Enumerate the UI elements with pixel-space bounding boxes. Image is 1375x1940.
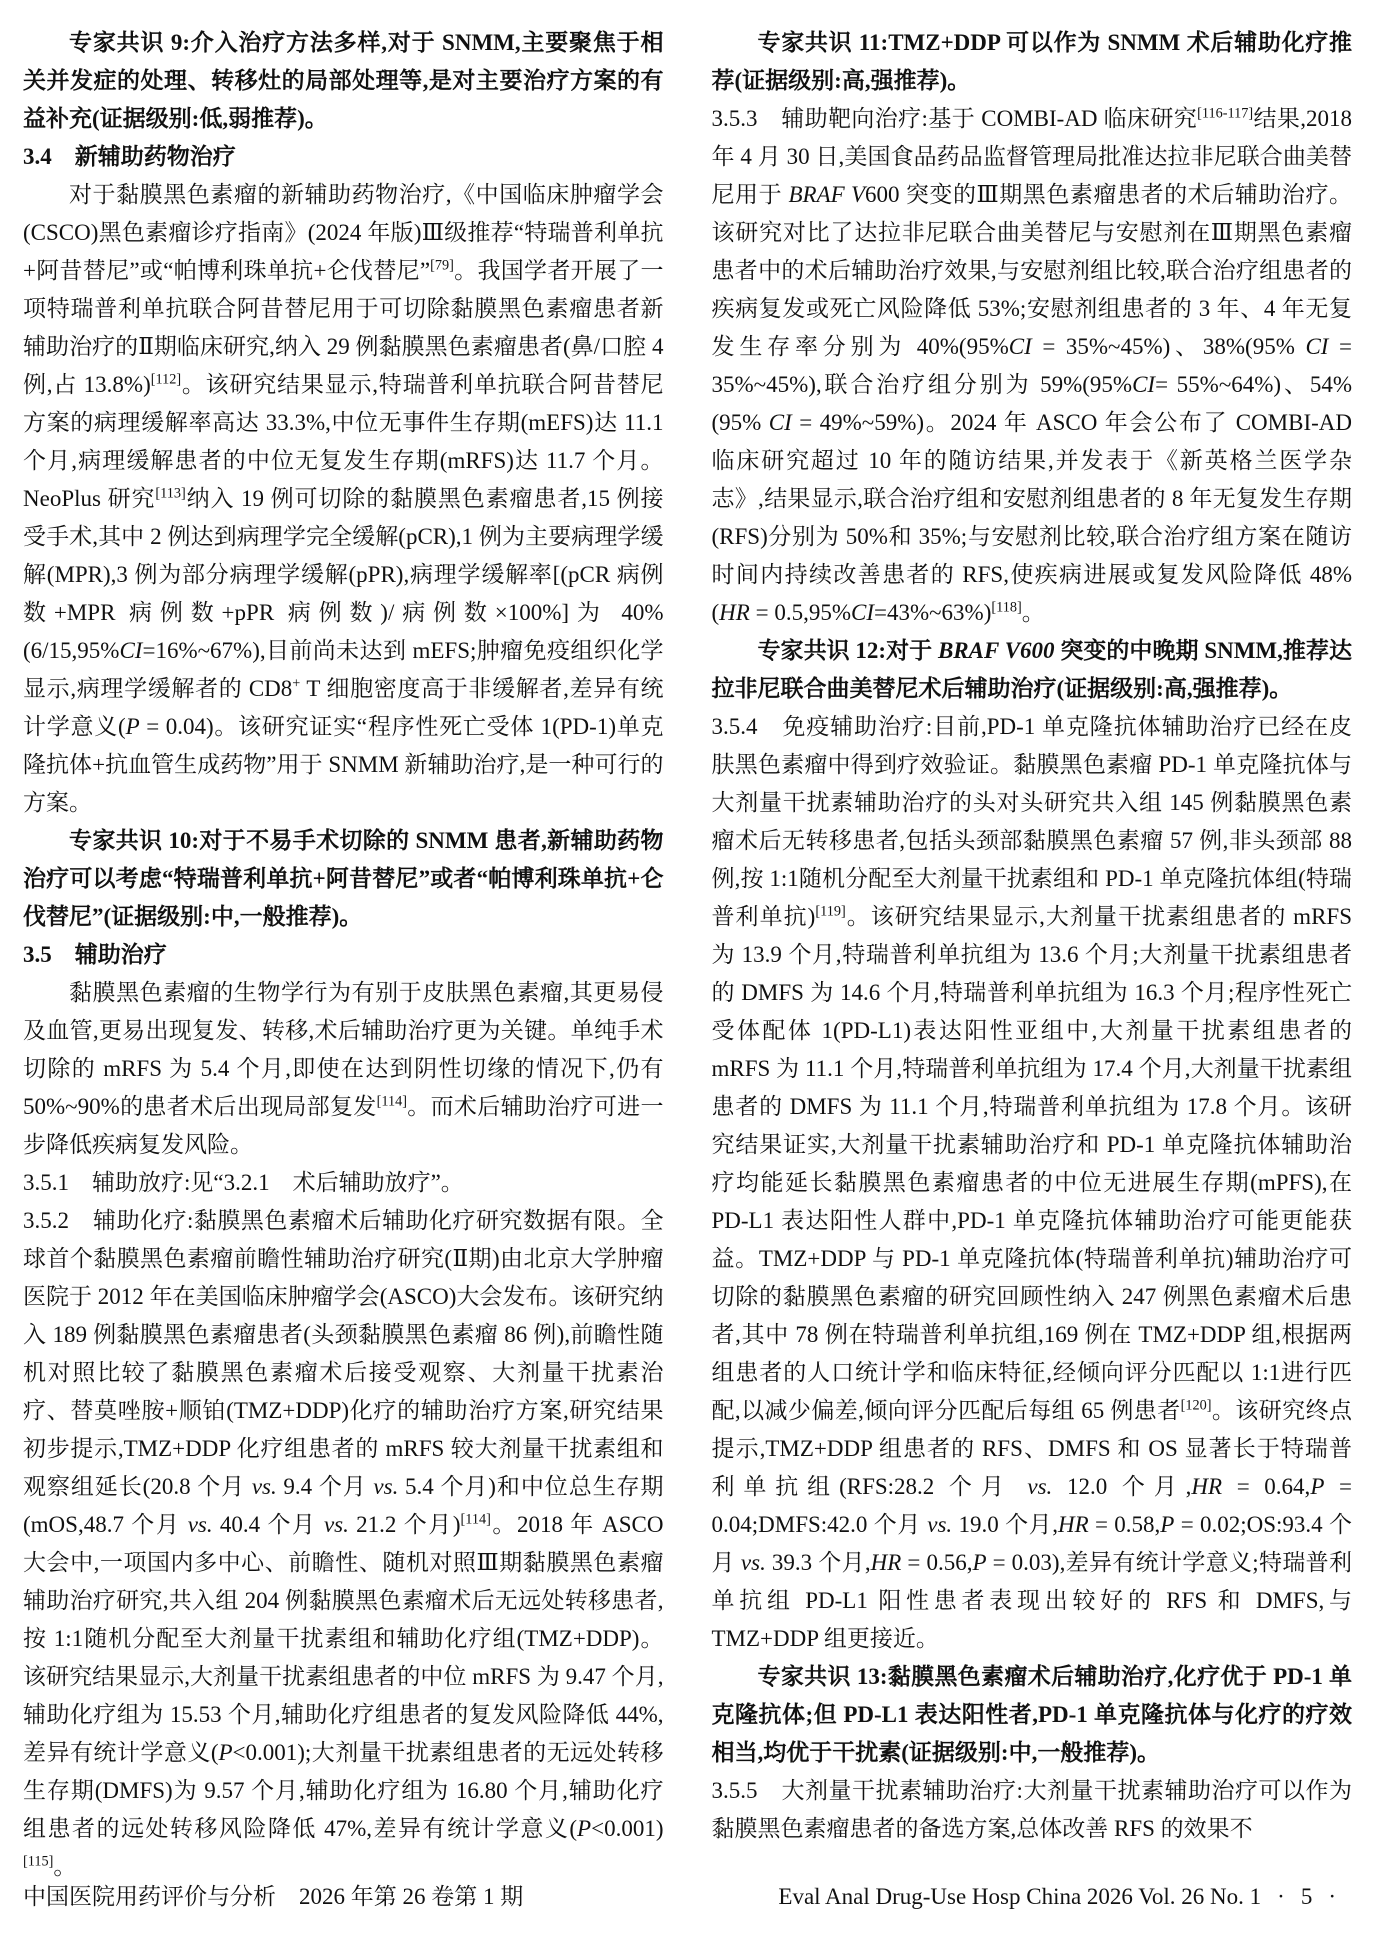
left-column: 专家共识 9:介入治疗方法多样,对于 SNMM,主要聚焦于相关并发症的处理、转移… xyxy=(23,24,664,1886)
text-run: 。2018 年 ASCO 大会中,一项国内多中心、前瞻性、随机对照Ⅲ期黏膜黑色素… xyxy=(23,1512,664,1765)
italic-term: vs. xyxy=(188,1512,213,1537)
reference-superscript: [116-117] xyxy=(1197,105,1253,121)
text-paragraph: 3.5.3 辅助靶向治疗:基于 COMBI-AD 临床研究[116-117]结果… xyxy=(712,100,1353,632)
italic-term: vs. xyxy=(1027,1474,1052,1499)
text-paragraph: 黏膜黑色素瘤的生物学行为有别于皮肤黑色素瘤,其更易侵及血管,更易出现复发、转移,… xyxy=(23,974,664,1164)
text-run: 3.4 新辅助药物治疗 xyxy=(23,144,236,169)
italic-term: CI xyxy=(119,638,142,663)
text-run: 12.0 个月, xyxy=(1052,1474,1191,1499)
italic-term: CI xyxy=(769,410,792,435)
reference-superscript: [113] xyxy=(155,485,185,501)
italic-term: CI xyxy=(851,600,874,625)
text-run: =43%~63%) xyxy=(874,600,991,625)
italic-term: P xyxy=(577,1816,591,1841)
section-heading: 3.4 新辅助药物治疗 xyxy=(23,138,664,176)
text-run: 专家共识 9:介入治疗方法多样,对于 SNMM,主要聚焦于相关并发症的处理、转移… xyxy=(23,30,664,131)
reference-superscript: [114] xyxy=(461,1511,491,1527)
text-run: <0.001) xyxy=(591,1816,663,1841)
consensus-paragraph: 专家共识 10:对于不易手术切除的 SNMM 患者,新辅助药物治疗可以考虑“特瑞… xyxy=(23,822,664,936)
consensus-paragraph: 专家共识 9:介入治疗方法多样,对于 SNMM,主要聚焦于相关并发症的处理、转移… xyxy=(23,24,664,138)
italic-term: P xyxy=(1310,1474,1324,1499)
text-run: = 49%~59%)。2024 年 ASCO 年会公布了 COMBI-AD 临床… xyxy=(712,410,1353,625)
italic-term: CI xyxy=(1305,334,1328,359)
section-heading: 3.5 辅助治疗 xyxy=(23,936,664,974)
reference-superscript: [119] xyxy=(815,903,845,919)
consensus-paragraph: 专家共识 12:对于 BRAF V600 突变的中晚期 SNMM,推荐达拉非尼联… xyxy=(712,632,1353,708)
footer-page-dot-right: · xyxy=(1328,1880,1336,1914)
reference-superscript: [112] xyxy=(151,371,181,387)
text-run: 专家共识 12:对于 xyxy=(758,638,938,663)
italic-term: CI xyxy=(1009,334,1032,359)
footer-page-dot-left: · xyxy=(1277,1880,1285,1914)
italic-term: P xyxy=(972,1550,986,1575)
text-paragraph: 3.5.2 辅助化疗:黏膜黑色素瘤术后辅助化疗研究数据有限。全球首个黏膜黑色素瘤… xyxy=(23,1202,664,1886)
text-run: 39.3 个月, xyxy=(766,1550,871,1575)
italic-term: HR xyxy=(719,600,750,625)
text-run: 3.5.1 辅助放疗:见“3.2.1 术后辅助放疗”。 xyxy=(23,1170,464,1195)
text-run: 21.2 个月) xyxy=(349,1512,461,1537)
page-body: 专家共识 9:介入治疗方法多样,对于 SNMM,主要聚焦于相关并发症的处理、转移… xyxy=(23,24,1352,1886)
text-run: 专家共识 13:黏膜黑色素瘤术后辅助治疗,化疗优于 PD-1 单克隆抗体;但 P… xyxy=(712,1664,1353,1765)
italic-term: HR xyxy=(871,1550,902,1575)
italic-term: P xyxy=(1160,1512,1174,1537)
italic-term: vs. xyxy=(741,1550,766,1575)
text-paragraph: 对于黏膜黑色素瘤的新辅助药物治疗,《中国临床肿瘤学会(CSCO)黑色素瘤诊疗指南… xyxy=(23,176,664,822)
italic-term: CI xyxy=(1132,372,1155,397)
reference-superscript: [114] xyxy=(377,1093,407,1109)
italic-term: vs. xyxy=(252,1474,277,1499)
text-run: 。 xyxy=(1022,600,1045,625)
italic-term: P xyxy=(218,1740,232,1765)
italic-term: vs. xyxy=(927,1512,952,1537)
right-column: 专家共识 11:TMZ+DDP 可以作为 SNMM 术后辅助化疗推荐(证据级别:… xyxy=(712,24,1353,1886)
italic-term: vs. xyxy=(373,1474,398,1499)
text-run: 3.5 辅助治疗 xyxy=(23,942,167,967)
text-run: = 35%~45%)、38%(95% xyxy=(1032,334,1306,359)
text-run: 3.5.4 免疫辅助治疗:目前,PD-1 单克隆抗体辅助治疗已经在皮肤黑色素瘤中… xyxy=(712,714,1353,929)
text-run: = 0.5,95% xyxy=(750,600,851,625)
text-run: 纳入 19 例可切除的黏膜黑色素瘤患者,15 例接受手术,其中 2 例达到病理学… xyxy=(23,486,664,663)
italic-term: BRAF V xyxy=(788,182,865,207)
text-run: 9.4 个月 xyxy=(277,1474,374,1499)
text-run: 。该研究结果显示,大剂量干扰素组患者的 mRFS 为 13.9 个月,特瑞普利单… xyxy=(712,904,1353,1423)
text-paragraph: 3.5.1 辅助放疗:见“3.2.1 术后辅助放疗”。 xyxy=(23,1164,664,1202)
consensus-paragraph: 专家共识 11:TMZ+DDP 可以作为 SNMM 术后辅助化疗推荐(证据级别:… xyxy=(712,24,1353,100)
italic-term: HR xyxy=(1058,1512,1089,1537)
reference-superscript: [79] xyxy=(430,257,454,273)
text-run: 3.5.2 辅助化疗:黏膜黑色素瘤术后辅助化疗研究数据有限。全球首个黏膜黑色素瘤… xyxy=(23,1208,664,1499)
page-footer: 中国医院用药评价与分析 2026 年第 26 卷第 1 期 Eval Anal … xyxy=(23,1880,1352,1914)
text-run: = 0.58, xyxy=(1089,1512,1161,1537)
text-paragraph: 3.5.5 大剂量干扰素辅助治疗:大剂量干扰素辅助治疗可以作为黏膜黑色素瘤患者的… xyxy=(712,1772,1353,1848)
reference-superscript: [118] xyxy=(991,599,1021,615)
text-run: = 0.64, xyxy=(1222,1474,1310,1499)
text-run: 专家共识 10:对于不易手术切除的 SNMM 患者,新辅助药物治疗可以考虑“特瑞… xyxy=(23,828,664,929)
footer-journal-title-cn: 中国医院用药评价与分析 2026 年第 26 卷第 1 期 xyxy=(23,1880,523,1914)
text-run: = 0.56, xyxy=(901,1550,972,1575)
text-run: 。 xyxy=(53,1854,76,1879)
text-paragraph: 3.5.4 免疫辅助治疗:目前,PD-1 单克隆抗体辅助治疗已经在皮肤黑色素瘤中… xyxy=(712,708,1353,1658)
text-run: 3.5.5 大剂量干扰素辅助治疗:大剂量干扰素辅助治疗可以作为黏膜黑色素瘤患者的… xyxy=(712,1778,1353,1841)
italic-term: vs. xyxy=(324,1512,349,1537)
reference-superscript: [120] xyxy=(1181,1397,1212,1413)
footer-page-number: 5 xyxy=(1301,1880,1313,1914)
footer-journal-citation: Eval Anal Drug-Use Hosp China 2026 Vol. … xyxy=(778,1884,1261,1909)
text-run: 40.4 个月 xyxy=(213,1512,324,1537)
text-run: 3.5.3 辅助靶向治疗:基于 COMBI-AD 临床研究 xyxy=(712,106,1198,131)
text-run: 专家共识 11:TMZ+DDP 可以作为 SNMM 术后辅助化疗推荐(证据级别:… xyxy=(712,30,1353,93)
text-run: 600 突变的Ⅲ期黑色素瘤患者的术后辅助治疗。该研究对比了达拉非尼联合曲美替尼与… xyxy=(712,182,1353,359)
footer-journal-title-en: Eval Anal Drug-Use Hosp China 2026 Vol. … xyxy=(778,1880,1352,1914)
text-run: 19.0 个月, xyxy=(952,1512,1058,1537)
reference-superscript: [115] xyxy=(23,1853,53,1869)
consensus-paragraph: 专家共识 13:黏膜黑色素瘤术后辅助治疗,化疗优于 PD-1 单克隆抗体;但 P… xyxy=(712,1658,1353,1772)
italic-term: BRAF V600 xyxy=(938,638,1055,663)
italic-term: HR xyxy=(1191,1474,1222,1499)
italic-term: P xyxy=(126,714,140,739)
